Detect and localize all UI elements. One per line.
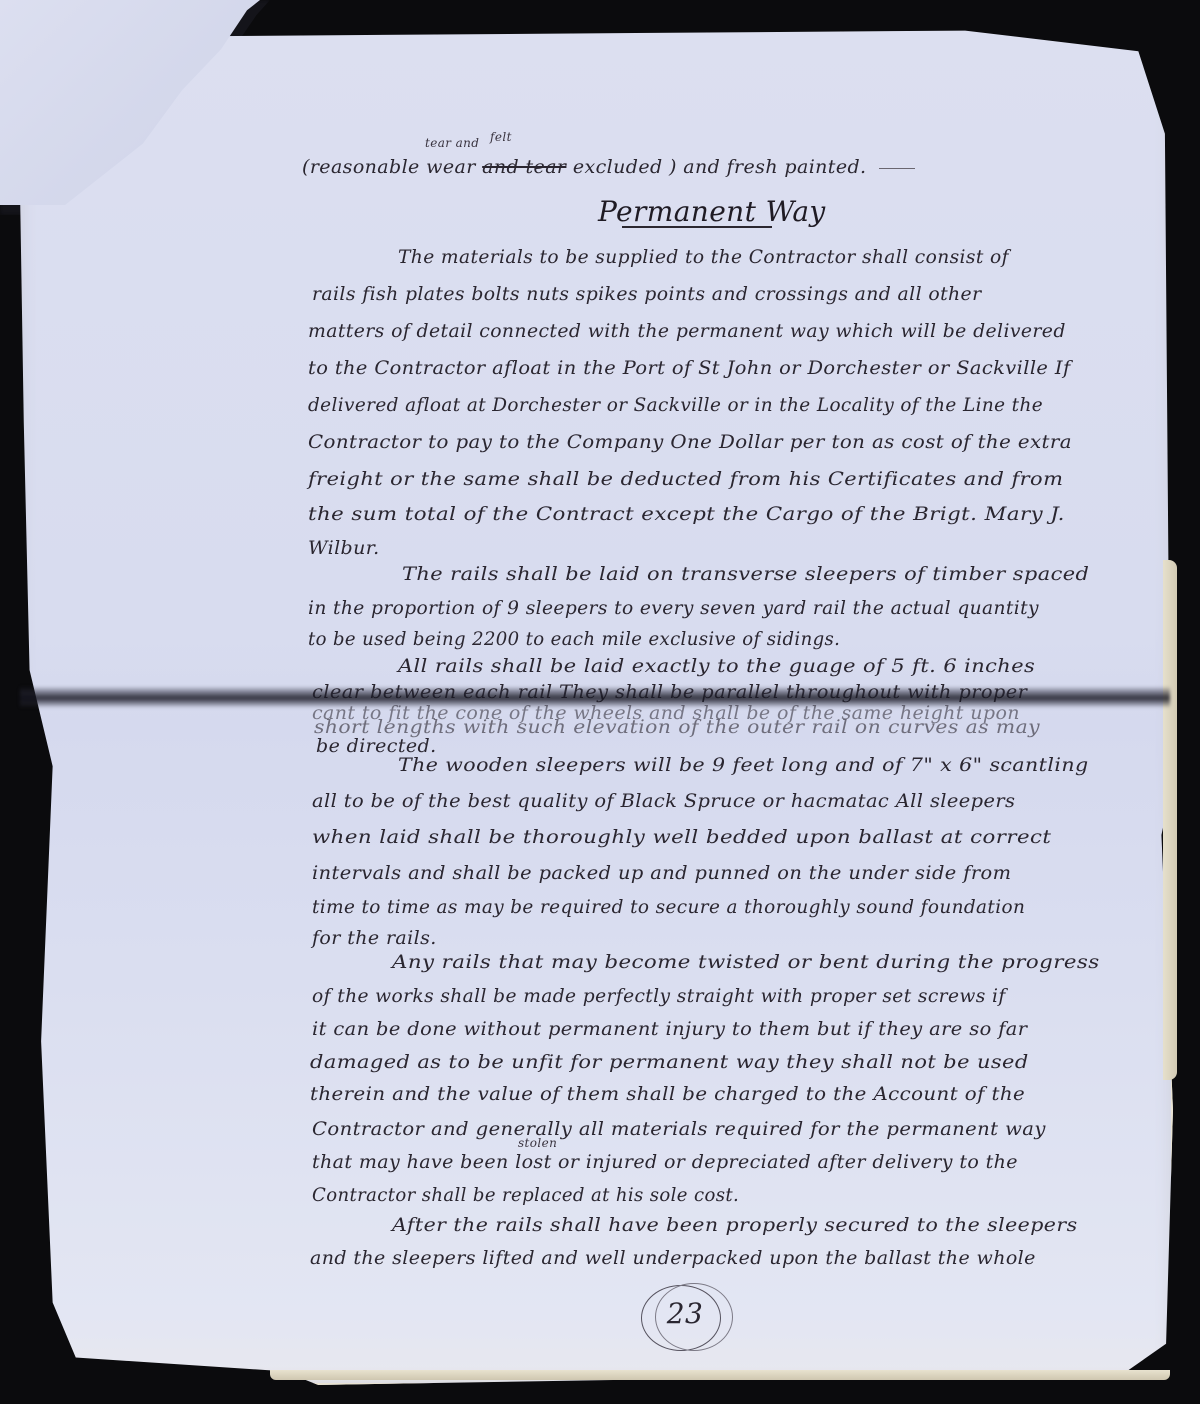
text-line: it can be done without permanent injury …: [312, 1018, 1027, 1040]
text-line: of the works shall be made perfectly str…: [312, 985, 1006, 1007]
interlinear-insert: tear and: [425, 136, 479, 150]
text-line: The rails shall be laid on transverse sl…: [402, 563, 1089, 585]
text-line: Contractor to pay to the Company One Dol…: [308, 431, 1072, 453]
text-line: The materials to be supplied to the Cont…: [398, 246, 1009, 268]
opening-line: (reasonable wear and tear excluded ) and…: [302, 156, 915, 178]
text-line: Wilbur.: [308, 537, 380, 559]
corrected-word: wear: [426, 156, 476, 178]
text-line: All rails shall be laid exactly to the g…: [398, 655, 1035, 677]
interlinear-insert: stolen: [518, 1136, 557, 1150]
text-line: in the proportion of 9 sleepers to every…: [308, 597, 1039, 619]
text-line: for the rails.: [312, 927, 437, 949]
page-number: 23: [663, 1297, 707, 1330]
heading-underline: [622, 226, 772, 228]
opening-text-end: excluded ) and fresh painted.: [573, 156, 867, 178]
text-line: damaged as to be unfit for permanent way…: [310, 1051, 1029, 1073]
text-line: that may have been lost or injured or de…: [312, 1151, 1018, 1173]
text-line: the sum total of the Contract except the…: [308, 503, 1065, 525]
text-line: freight or the same shall be deducted fr…: [308, 468, 1063, 490]
interlinear-insert: felt: [490, 130, 512, 144]
text-line: and the sleepers lifted and well underpa…: [310, 1247, 1036, 1269]
text-line: all to be of the best quality of Black S…: [312, 790, 1015, 812]
text-line: rails fish plates bolts nuts spikes poin…: [312, 283, 981, 305]
text-line: time to time as may be required to secur…: [312, 896, 1025, 918]
page-number-stamp: 23: [641, 1283, 731, 1351]
text-line: Contractor and generally all materials r…: [312, 1118, 1046, 1140]
text-line: to be used being 2200 to each mile exclu…: [308, 628, 840, 650]
text-line: intervals and shall be packed up and pun…: [312, 862, 1011, 884]
text-line: Any rails that may become twisted or ben…: [392, 951, 1100, 973]
opening-text: (reasonable: [302, 156, 420, 178]
text-line: Contractor shall be replaced at his sole…: [312, 1184, 739, 1206]
struck-text: and tear: [482, 156, 566, 178]
text-line: The wooden sleepers will be 9 feet long …: [398, 754, 1089, 776]
text-line: delivered afloat at Dorchester or Sackvi…: [308, 394, 1043, 416]
section-heading: Permanent Way: [598, 195, 826, 228]
line-dash: [879, 168, 915, 169]
text-line: when laid shall be thoroughly well bedde…: [312, 826, 1051, 848]
text-line: matters of detail connected with the per…: [308, 320, 1066, 342]
page-fold: [20, 686, 1170, 708]
text-line: After the rails shall have been properly…: [392, 1214, 1078, 1236]
text-line: to the Contractor afloat in the Port of …: [308, 357, 1071, 379]
text-line: therein and the value of them shall be c…: [310, 1083, 1025, 1105]
manuscript-text: (reasonable wear and tear excluded ) and…: [0, 0, 1200, 1404]
